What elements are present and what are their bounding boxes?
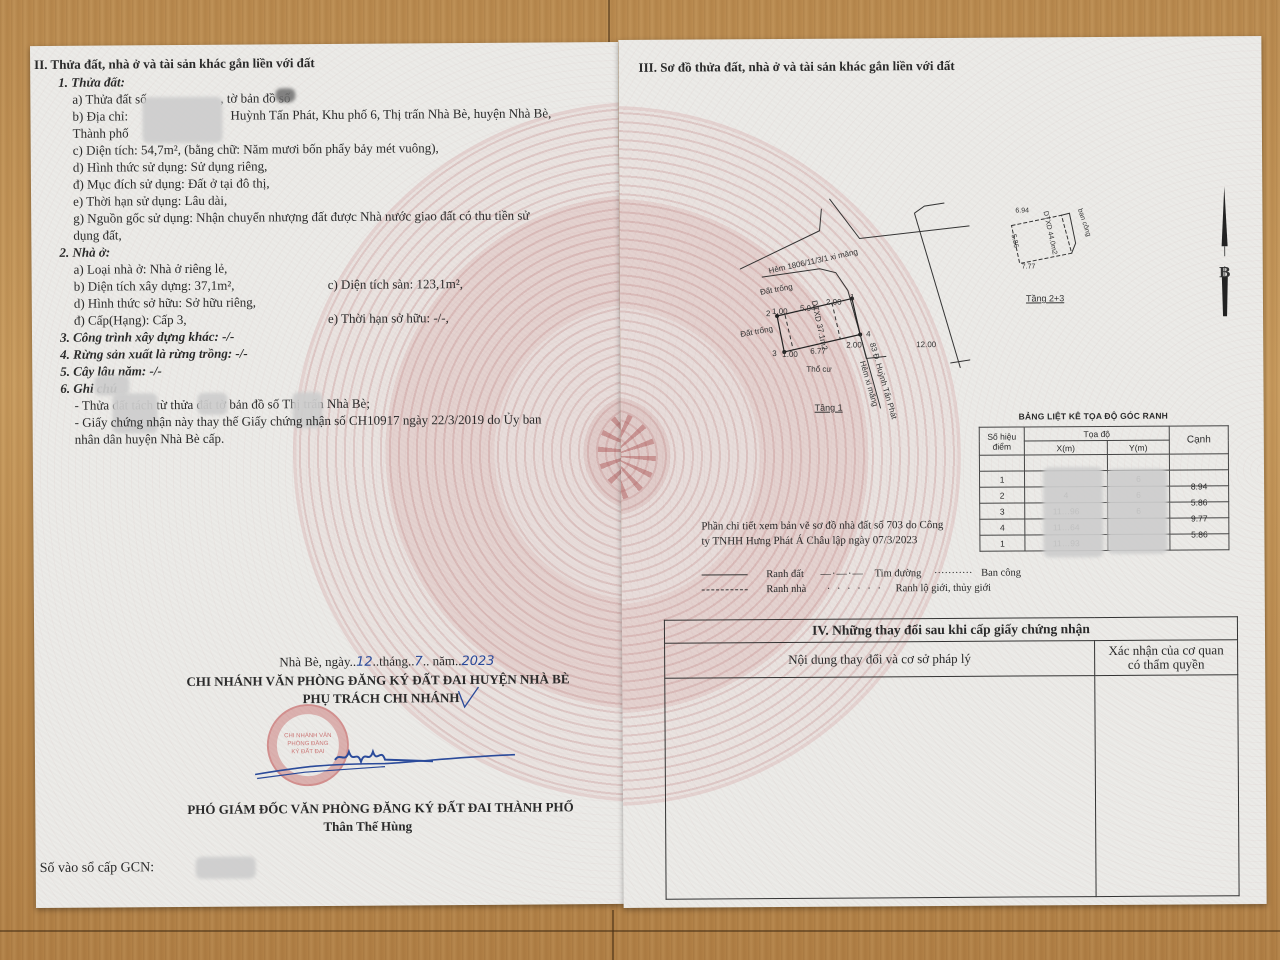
changes-table-title: IV. Những thay đổi sau khi cấp giấy chứn… [664, 617, 1237, 643]
other-works: 3. Công trình xây dựng khác: -/- [60, 328, 234, 346]
road-width: 12.00 [916, 340, 936, 349]
pt-3: 3 [772, 349, 777, 358]
coords-table: Số hiệu điểm Tọa độ Cạnh X(m) Y(m) 168.9… [979, 425, 1230, 552]
initial-mark [454, 683, 484, 713]
house-ownership: d) Hình thức sở hữu: Sở hữu riêng, [74, 293, 256, 311]
dim-top-right: 2.00 [826, 298, 842, 307]
house-ownership-term: e) Thời hạn sở hữu: -/-, [328, 309, 449, 327]
coords-table-title: BẢNG LIỆT KÊ TỌA ĐỘ GÓC RANH [1019, 411, 1168, 422]
floor-seam [608, 0, 610, 42]
signer-name: Thân Thế Hùng [323, 818, 412, 835]
changes-col-confirmation: Xác nhận của cơ quancó thẩm quyền [1095, 640, 1238, 676]
land-plot-number: a) Thửa đất số [72, 90, 146, 108]
note-line-2-cont: nhân dân huyện Nhà Bè cấp. [75, 430, 225, 448]
residential-label: Thổ cư [806, 365, 831, 374]
legend-row-1: Ranh đất —·—·— Tim đường ··········· Ban… [702, 568, 1021, 581]
col-x: X(m) [1024, 440, 1107, 455]
place-date: Nhà Bè, ngày..12..tháng..7.. năm..2023 [279, 653, 494, 671]
floor-seam [612, 910, 614, 960]
changes-confirmation-cell[interactable] [1095, 675, 1239, 897]
col-point: Số hiệu điểm [979, 427, 1024, 455]
north-arrow-icon [1213, 186, 1236, 326]
dim-top-left: 1.00 [772, 307, 788, 316]
redacted-address [142, 97, 222, 144]
floor1-label: Tầng 1 [815, 403, 843, 413]
changes-content-cell[interactable] [665, 676, 1096, 900]
col-y: Y(m) [1107, 440, 1169, 454]
branch-role: PHỤ TRÁCH CHI NHÁNH [303, 690, 460, 707]
house-floor-area: c) Diện tích sàn: 123,1m², [328, 275, 463, 293]
floor23-dim-bottom: 7.77 [1022, 263, 1036, 270]
registry-number-label: Số vào sổ cấp GCN: [40, 859, 154, 877]
redacted-y-coords [1107, 469, 1168, 554]
changes-table: IV. Những thay đổi sau khi cấp giấy chứn… [664, 616, 1240, 900]
certificate-left-page: II. Thửa đất, nhà ở và tài sản khác gắn … [30, 42, 624, 908]
handwritten-month: 7 [414, 654, 422, 669]
section-ii-title: II. Thửa đất, nhà ở và tài sản khác gắn … [34, 54, 315, 73]
floor23-dim-top: 6.94 [1015, 207, 1029, 214]
note-line-2: - Giấy chứng nhận này thay thế Giấy chứn… [75, 411, 542, 431]
house-built-area: b) Diện tích xây dựng: 37,1m², [74, 277, 235, 295]
col-coords: Tọa độ [1024, 426, 1169, 441]
land-address-city: Thành phố [73, 124, 129, 141]
dim-bottom-right: 2.00 [846, 340, 862, 349]
planted-forest: 4. Rừng sản xuất là rừng trồng: -/- [60, 345, 248, 363]
redacted-note [197, 393, 227, 415]
changes-col-content: Nội dung thay đổi và cơ sở pháp lý [665, 641, 1095, 679]
floor-seam [0, 930, 1280, 932]
land-origin-cont: dụng đất, [73, 226, 122, 243]
detail-note-2: ty TNHH Hưng Phát Á Châu lập ngày 07/3/2… [701, 532, 917, 550]
land-boundary-line-icon [702, 574, 748, 575]
setback-line-icon: · · · · · · [827, 583, 883, 594]
land-use-term: e) Thời hạn sử dụng: Lâu dài, [73, 192, 227, 210]
land-use-purpose: đ) Mục đích sử dụng: Đất ở tại đô thị, [73, 174, 270, 192]
redacted-registry-number [196, 857, 256, 879]
legend-row-2: Ranh nhà · · · · · · Ranh lộ giới, thủy … [702, 583, 991, 596]
land-address-label: b) Địa chỉ: [72, 107, 128, 124]
north-label: B [1219, 265, 1231, 281]
issuing-branch: CHI NHÁNH VĂN PHÒNG ĐĂNG KÝ ĐẤT ĐAI HUYỆ… [186, 671, 569, 690]
land-heading: 1. Thửa đất: [58, 73, 125, 90]
signer-title: PHÓ GIÁM ĐỐC VĂN PHÒNG ĐĂNG KÝ ĐẤT ĐAI T… [187, 799, 574, 818]
handwritten-year: 2023 [461, 654, 494, 669]
house-boundary-line-icon [702, 589, 748, 590]
pt-4: 4 [866, 329, 871, 338]
col-edge: Cạnh [1169, 426, 1228, 454]
house-type: a) Loại nhà ở: Nhà ở riêng lẻ, [73, 260, 227, 278]
table-row: 168.94 [979, 470, 1228, 488]
handwritten-day: 12 [356, 655, 373, 670]
land-area: c) Diện tích: 54,7m², (bằng chữ: Năm mươ… [73, 139, 439, 159]
land-use-form: d) Hình thức sử dụng: Sử dụng riêng, [73, 157, 268, 175]
balcony-line-icon: ··········· [934, 568, 973, 579]
dim-bottom-left: 1.00 [782, 350, 798, 359]
certificate-right-page: III. Sơ đồ thửa đất, nhà ở và tài sản kh… [618, 36, 1266, 908]
house-heading: 2. Nhà ở: [59, 244, 110, 261]
floor23-label: Tầng 2+3 [1026, 293, 1064, 303]
road-center-line-icon: —·—·— [820, 568, 864, 579]
redacted-x-coords [1043, 467, 1104, 557]
handwritten-signature [245, 732, 545, 784]
pt-1: 1 [850, 293, 855, 302]
land-origin: g) Nguồn gốc sử dụng: Nhận chuyển nhượng… [73, 207, 529, 227]
section-iii-title: III. Sơ đồ thửa đất, nhà ở và tài sản kh… [638, 57, 954, 76]
pt-2: 2 [766, 309, 771, 318]
land-address: Huỳnh Tấn Phát, Khu phố 6, Thị trấn Nhà … [230, 104, 551, 123]
house-grade: đ) Cấp(Hạng): Cấp 3, [74, 311, 187, 329]
redacted-sheet-number [275, 88, 295, 102]
